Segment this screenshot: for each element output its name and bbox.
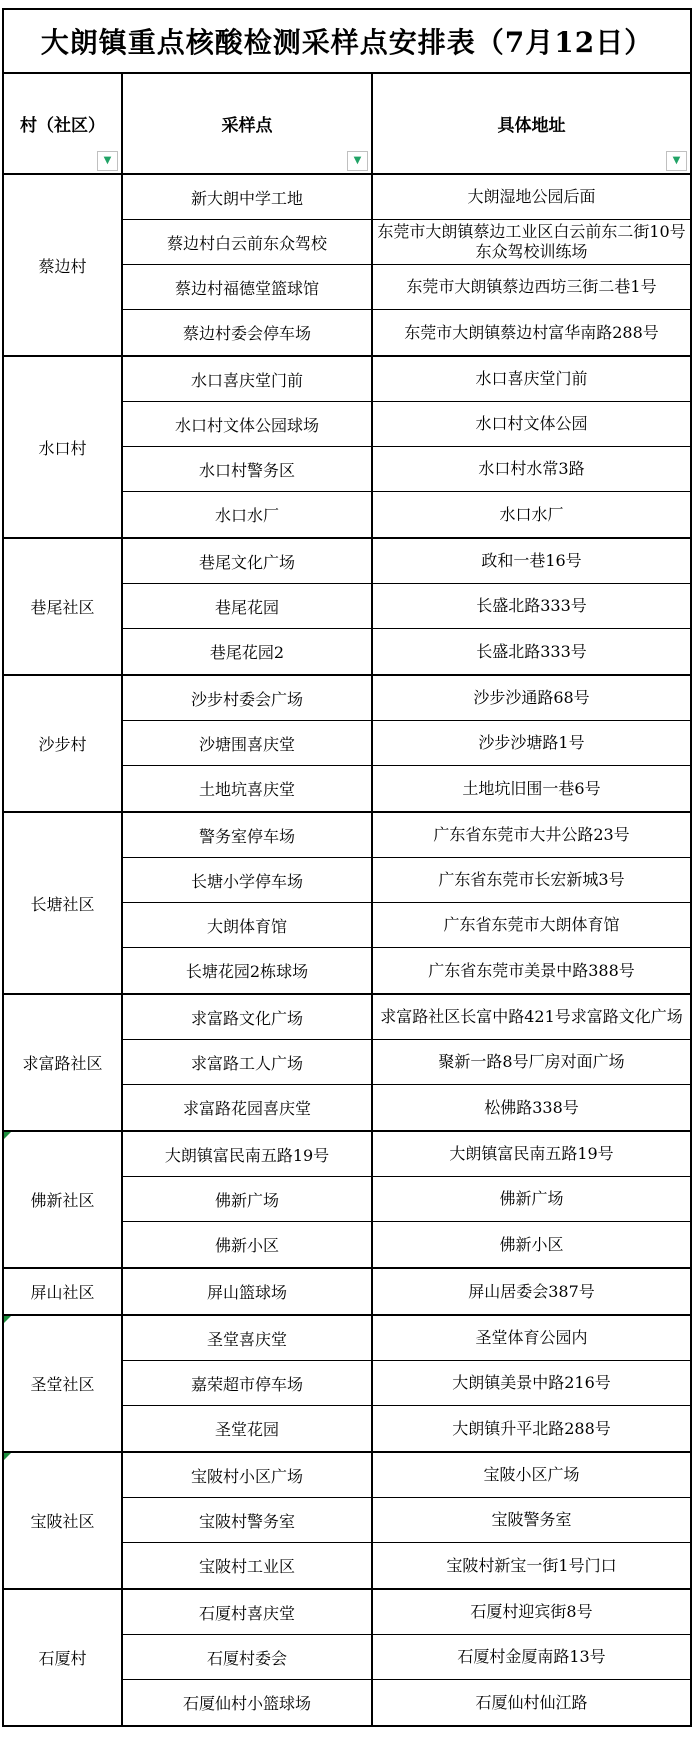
group-rows: 屏山篮球场屏山居委会387号 [123, 1269, 690, 1314]
village-group: 求富路社区求富路文化广场求富路社区长富中路421号求富路文化广场求富路工人广场聚… [4, 995, 690, 1132]
group-rows: 宝陂村小区广场宝陂小区广场宝陂村警务室宝陂警务室宝陂村工业区宝陂村新宝一街1号门… [123, 1453, 690, 1588]
table-row: 巷尾花园长盛北路333号 [123, 584, 690, 629]
table-row: 新大朗中学工地大朗湿地公园后面 [123, 175, 690, 220]
site-cell: 水口水厂 [123, 492, 373, 537]
village-cell: 圣堂社区 [4, 1316, 123, 1451]
address-cell: 长盛北路333号 [373, 629, 690, 674]
site-cell: 新大朗中学工地 [123, 175, 373, 219]
village-name: 水口村 [38, 436, 86, 459]
site-cell: 求富路工人广场 [123, 1040, 373, 1084]
header-row: 村（社区） ▼ 采样点 ▼ 具体地址 ▼ [4, 74, 690, 175]
address-cell: 宝陂小区广场 [373, 1453, 690, 1497]
address-cell: 大朗镇美景中路216号 [373, 1361, 690, 1405]
village-cell: 宝陂社区 [4, 1453, 123, 1588]
column-header-village-label: 村（社区） [20, 111, 105, 136]
address-cell: 圣堂体育公园内 [373, 1316, 690, 1360]
table-row: 大朗镇富民南五路19号大朗镇富民南五路19号 [123, 1132, 690, 1177]
village-cell: 蔡边村 [4, 175, 123, 355]
table-row: 宝陂村小区广场宝陂小区广场 [123, 1453, 690, 1498]
table-row: 大朗体育馆广东省东莞市大朗体育馆 [123, 903, 690, 948]
address-cell: 宝陂警务室 [373, 1498, 690, 1542]
page-title: 大朗镇重点核酸检测采样点安排表（7月12日） [4, 10, 690, 74]
filter-button-address[interactable]: ▼ [666, 151, 687, 171]
village-name: 石厦村 [38, 1646, 86, 1669]
address-cell: 长盛北路333号 [373, 584, 690, 628]
column-header-village: 村（社区） ▼ [4, 74, 123, 173]
site-cell: 大朗镇富民南五路19号 [123, 1132, 373, 1176]
village-name: 沙步村 [38, 732, 86, 755]
table-row: 石厦村喜庆堂石厦村迎宾街8号 [123, 1590, 690, 1635]
village-name: 求富路社区 [22, 1051, 102, 1074]
site-cell: 宝陂村警务室 [123, 1498, 373, 1542]
table-row: 圣堂喜庆堂圣堂体育公园内 [123, 1316, 690, 1361]
address-cell: 政和一巷16号 [373, 539, 690, 583]
table-row: 长塘花园2栋球场广东省东莞市美景中路388号 [123, 948, 690, 993]
sampling-points-table: 大朗镇重点核酸检测采样点安排表（7月12日） 村（社区） ▼ 采样点 ▼ 具体地… [2, 8, 692, 1727]
site-cell: 沙塘围喜庆堂 [123, 721, 373, 765]
site-cell: 石厦村喜庆堂 [123, 1590, 373, 1634]
group-rows: 新大朗中学工地大朗湿地公园后面蔡边村白云前东众驾校东莞市大朗镇蔡边工业区白云前东… [123, 175, 690, 355]
village-cell: 长塘社区 [4, 813, 123, 993]
table-row: 石厦仙村小篮球场石厦仙村仙江路 [123, 1680, 690, 1725]
table-row: 求富路工人广场聚新一路8号厂房对面广场 [123, 1040, 690, 1085]
village-group: 蔡边村新大朗中学工地大朗湿地公园后面蔡边村白云前东众驾校东莞市大朗镇蔡边工业区白… [4, 175, 690, 357]
table-row: 宝陂村警务室宝陂警务室 [123, 1498, 690, 1543]
address-cell: 水口喜庆堂门前 [373, 357, 690, 401]
table-row: 水口喜庆堂门前水口喜庆堂门前 [123, 357, 690, 402]
site-cell: 蔡边村福德堂篮球馆 [123, 265, 373, 309]
village-group: 宝陂社区宝陂村小区广场宝陂小区广场宝陂村警务室宝陂警务室宝陂村工业区宝陂村新宝一… [4, 1453, 690, 1590]
address-cell: 大朗镇富民南五路19号 [373, 1132, 690, 1176]
site-cell: 佛新广场 [123, 1177, 373, 1221]
site-cell: 长塘花园2栋球场 [123, 948, 373, 993]
table-row: 蔡边村福德堂篮球馆东莞市大朗镇蔡边西坊三街二巷1号 [123, 265, 690, 310]
site-cell: 蔡边村委会停车场 [123, 310, 373, 355]
address-cell: 大朗湿地公园后面 [373, 175, 690, 219]
table-row: 蔡边村白云前东众驾校东莞市大朗镇蔡边工业区白云前东二街10号东众驾校训练场 [123, 220, 690, 265]
site-cell: 水口村文体公园球场 [123, 402, 373, 446]
site-cell: 长塘小学停车场 [123, 858, 373, 902]
group-rows: 石厦村喜庆堂石厦村迎宾街8号石厦村委会石厦村金厦南路13号石厦仙村小篮球场石厦仙… [123, 1590, 690, 1725]
site-cell: 蔡边村白云前东众驾校 [123, 220, 373, 264]
village-name: 圣堂社区 [30, 1372, 94, 1395]
column-header-site: 采样点 ▼ [123, 74, 373, 173]
village-cell: 石厦村 [4, 1590, 123, 1725]
address-cell: 土地坑旧围一巷6号 [373, 766, 690, 811]
address-cell: 水口水厂 [373, 492, 690, 537]
village-group: 屏山社区屏山篮球场屏山居委会387号 [4, 1269, 690, 1316]
table-row: 求富路文化广场求富路社区长富中路421号求富路文化广场 [123, 995, 690, 1040]
site-cell: 求富路花园喜庆堂 [123, 1085, 373, 1130]
site-cell: 水口喜庆堂门前 [123, 357, 373, 401]
village-cell: 屏山社区 [4, 1269, 123, 1314]
table-row: 巷尾花园2长盛北路333号 [123, 629, 690, 674]
address-cell: 屏山居委会387号 [373, 1269, 690, 1314]
address-cell: 求富路社区长富中路421号求富路文化广场 [373, 995, 690, 1039]
village-name: 蔡边村 [38, 254, 86, 277]
table-body: 蔡边村新大朗中学工地大朗湿地公园后面蔡边村白云前东众驾校东莞市大朗镇蔡边工业区白… [4, 175, 690, 1725]
village-name: 屏山社区 [30, 1280, 94, 1303]
table-row: 水口村警务区水口村水常3路 [123, 447, 690, 492]
site-cell: 土地坑喜庆堂 [123, 766, 373, 811]
address-cell: 东莞市大朗镇蔡边西坊三街二巷1号 [373, 265, 690, 309]
table-row: 水口水厂水口水厂 [123, 492, 690, 537]
site-cell: 大朗体育馆 [123, 903, 373, 947]
site-cell: 沙步村委会广场 [123, 676, 373, 720]
table-row: 长塘小学停车场广东省东莞市长宏新城3号 [123, 858, 690, 903]
address-cell: 松佛路338号 [373, 1085, 690, 1130]
group-rows: 大朗镇富民南五路19号大朗镇富民南五路19号佛新广场佛新广场佛新小区佛新小区 [123, 1132, 690, 1267]
filter-button-village[interactable]: ▼ [97, 151, 118, 171]
table-row: 沙步村委会广场沙步沙通路68号 [123, 676, 690, 721]
column-header-site-label: 采样点 [222, 111, 273, 136]
address-cell: 水口村文体公园 [373, 402, 690, 446]
address-cell: 广东省东莞市大朗体育馆 [373, 903, 690, 947]
filter-dropdown-icon: ▼ [104, 156, 112, 166]
address-cell: 沙步沙塘路1号 [373, 721, 690, 765]
table-row: 蔡边村委会停车场东莞市大朗镇蔡边村富华南路288号 [123, 310, 690, 355]
village-cell: 求富路社区 [4, 995, 123, 1130]
site-cell: 屏山篮球场 [123, 1269, 373, 1314]
village-cell: 佛新社区 [4, 1132, 123, 1267]
table-row: 石厦村委会石厦村金厦南路13号 [123, 1635, 690, 1680]
site-cell: 宝陂村小区广场 [123, 1453, 373, 1497]
village-cell: 沙步村 [4, 676, 123, 811]
table-row: 沙塘围喜庆堂沙步沙塘路1号 [123, 721, 690, 766]
error-indicator-icon [4, 1316, 11, 1323]
village-group: 沙步村沙步村委会广场沙步沙通路68号沙塘围喜庆堂沙步沙塘路1号土地坑喜庆堂土地坑… [4, 676, 690, 813]
village-group: 石厦村石厦村喜庆堂石厦村迎宾街8号石厦村委会石厦村金厦南路13号石厦仙村小篮球场… [4, 1590, 690, 1725]
address-cell: 聚新一路8号厂房对面广场 [373, 1040, 690, 1084]
address-cell: 宝陂村新宝一街1号门口 [373, 1543, 690, 1588]
address-cell: 佛新广场 [373, 1177, 690, 1221]
group-rows: 沙步村委会广场沙步沙通路68号沙塘围喜庆堂沙步沙塘路1号土地坑喜庆堂土地坑旧围一… [123, 676, 690, 811]
filter-dropdown-icon: ▼ [354, 156, 362, 166]
village-group: 圣堂社区圣堂喜庆堂圣堂体育公园内嘉荣超市停车场大朗镇美景中路216号圣堂花园大朗… [4, 1316, 690, 1453]
table-row: 屏山篮球场屏山居委会387号 [123, 1269, 690, 1314]
site-cell: 石厦仙村小篮球场 [123, 1680, 373, 1725]
address-cell: 沙步沙通路68号 [373, 676, 690, 720]
address-cell: 广东省东莞市长宏新城3号 [373, 858, 690, 902]
address-cell: 水口村水常3路 [373, 447, 690, 491]
village-cell: 巷尾社区 [4, 539, 123, 674]
address-cell: 石厦村金厦南路13号 [373, 1635, 690, 1679]
address-cell: 广东省东莞市美景中路388号 [373, 948, 690, 993]
village-group: 佛新社区大朗镇富民南五路19号大朗镇富民南五路19号佛新广场佛新广场佛新小区佛新… [4, 1132, 690, 1269]
address-cell: 广东省东莞市大井公路23号 [373, 813, 690, 857]
table-row: 巷尾文化广场政和一巷16号 [123, 539, 690, 584]
error-indicator-icon [4, 1453, 11, 1460]
village-name: 长塘社区 [30, 892, 94, 915]
table-row: 圣堂花园大朗镇升平北路288号 [123, 1406, 690, 1451]
table-row: 嘉荣超市停车场大朗镇美景中路216号 [123, 1361, 690, 1406]
address-cell: 石厦村迎宾街8号 [373, 1590, 690, 1634]
site-cell: 警务室停车场 [123, 813, 373, 857]
table-row: 警务室停车场广东省东莞市大井公路23号 [123, 813, 690, 858]
address-cell: 东莞市大朗镇蔡边工业区白云前东二街10号东众驾校训练场 [373, 220, 690, 264]
group-rows: 求富路文化广场求富路社区长富中路421号求富路文化广场求富路工人广场聚新一路8号… [123, 995, 690, 1130]
site-cell: 石厦村委会 [123, 1635, 373, 1679]
group-rows: 巷尾文化广场政和一巷16号巷尾花园长盛北路333号巷尾花园2长盛北路333号 [123, 539, 690, 674]
village-name: 巷尾社区 [30, 595, 94, 618]
site-cell: 圣堂花园 [123, 1406, 373, 1451]
table-row: 土地坑喜庆堂土地坑旧围一巷6号 [123, 766, 690, 811]
filter-dropdown-icon: ▼ [673, 156, 681, 166]
site-cell: 圣堂喜庆堂 [123, 1316, 373, 1360]
address-cell: 佛新小区 [373, 1222, 690, 1267]
site-cell: 巷尾花园2 [123, 629, 373, 674]
address-cell: 大朗镇升平北路288号 [373, 1406, 690, 1451]
village-group: 水口村水口喜庆堂门前水口喜庆堂门前水口村文体公园球场水口村文体公园水口村警务区水… [4, 357, 690, 539]
table-row: 佛新小区佛新小区 [123, 1222, 690, 1267]
table-row: 佛新广场佛新广场 [123, 1177, 690, 1222]
table-row: 水口村文体公园球场水口村文体公园 [123, 402, 690, 447]
village-cell: 水口村 [4, 357, 123, 537]
filter-button-site[interactable]: ▼ [347, 151, 368, 171]
village-name: 佛新社区 [30, 1188, 94, 1211]
village-group: 巷尾社区巷尾文化广场政和一巷16号巷尾花园长盛北路333号巷尾花园2长盛北路33… [4, 539, 690, 676]
site-cell: 佛新小区 [123, 1222, 373, 1267]
error-indicator-icon [4, 1132, 11, 1139]
group-rows: 警务室停车场广东省东莞市大井公路23号长塘小学停车场广东省东莞市长宏新城3号大朗… [123, 813, 690, 993]
table-row: 宝陂村工业区宝陂村新宝一街1号门口 [123, 1543, 690, 1588]
table-row: 求富路花园喜庆堂松佛路338号 [123, 1085, 690, 1130]
group-rows: 水口喜庆堂门前水口喜庆堂门前水口村文体公园球场水口村文体公园水口村警务区水口村水… [123, 357, 690, 537]
village-name: 宝陂社区 [30, 1509, 94, 1532]
site-cell: 水口村警务区 [123, 447, 373, 491]
column-header-address-label: 具体地址 [498, 111, 566, 136]
site-cell: 求富路文化广场 [123, 995, 373, 1039]
village-group: 长塘社区警务室停车场广东省东莞市大井公路23号长塘小学停车场广东省东莞市长宏新城… [4, 813, 690, 995]
column-header-address: 具体地址 ▼ [373, 74, 690, 173]
site-cell: 巷尾花园 [123, 584, 373, 628]
group-rows: 圣堂喜庆堂圣堂体育公园内嘉荣超市停车场大朗镇美景中路216号圣堂花园大朗镇升平北… [123, 1316, 690, 1451]
site-cell: 嘉荣超市停车场 [123, 1361, 373, 1405]
site-cell: 巷尾文化广场 [123, 539, 373, 583]
site-cell: 宝陂村工业区 [123, 1543, 373, 1588]
address-cell: 石厦仙村仙江路 [373, 1680, 690, 1725]
address-cell: 东莞市大朗镇蔡边村富华南路288号 [373, 310, 690, 355]
